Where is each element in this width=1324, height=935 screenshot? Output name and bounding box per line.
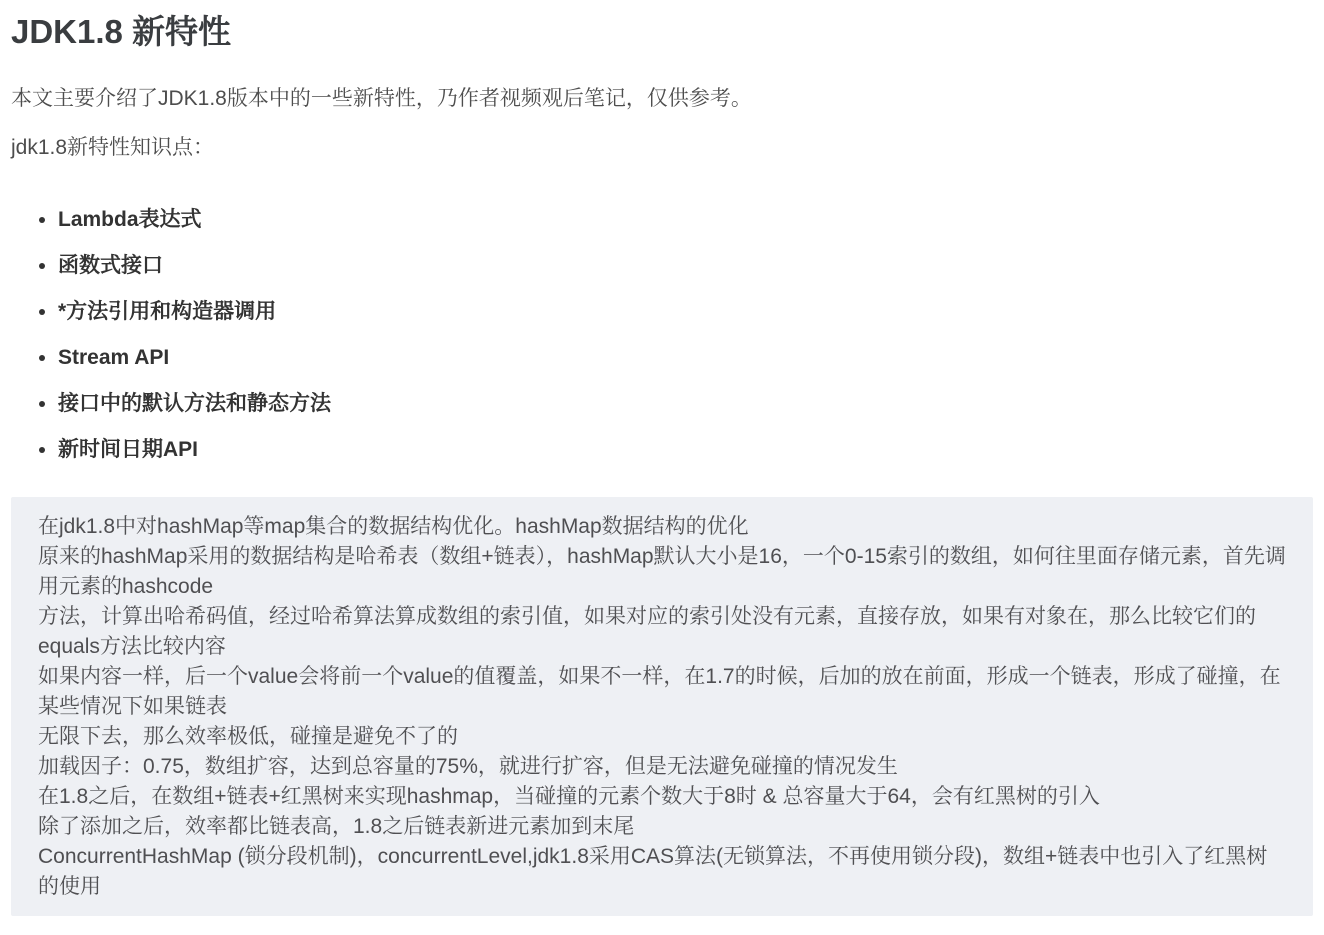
feature-item-functional-interface: 函数式接口 (58, 252, 1313, 280)
feature-item-default-static-methods: 接口中的默认方法和静态方法 (58, 390, 1313, 418)
note-line: 在1.8之后，在数组+链表+红黑树来实现hashmap，当碰撞的元素个数大于8时… (38, 782, 1286, 812)
page-bottom-gap (11, 916, 1313, 926)
article-content: JDK1.8 新特性 本文主要介绍了JDK1.8版本中的一些新特性，乃作者视频观… (0, 14, 1324, 926)
note-line: 方法，计算出哈希码值，经过哈希算法算成数组的索引值，如果对应的索引处没有元素，直… (38, 602, 1286, 662)
hashmap-note-block: 在jdk1.8中对hashMap等map集合的数据结构优化。hashMap数据结… (11, 497, 1313, 916)
page-title: JDK1.8 新特性 (11, 14, 1313, 50)
feature-item-lambda: Lambda表达式 (58, 206, 1313, 234)
note-line: 原来的hashMap采用的数据结构是哈希表（数组+链表），hashMap默认大小… (38, 542, 1286, 602)
note-line: ConcurrentHashMap (锁分段机制)，concurrentLeve… (38, 842, 1286, 902)
feature-item-date-time-api: 新时间日期API (58, 436, 1313, 464)
feature-item-stream-api: Stream API (58, 344, 1313, 372)
note-line: 除了添加之后，效率都比链表高，1.8之后链表新进元素加到末尾 (38, 812, 1286, 842)
note-line: 无限下去，那么效率极低，碰撞是避免不了的 (38, 722, 1286, 752)
feature-list-intro: jdk1.8新特性知识点： (11, 135, 1313, 160)
feature-item-method-reference: *方法引用和构造器调用 (58, 298, 1313, 326)
note-line: 在jdk1.8中对hashMap等map集合的数据结构优化。hashMap数据结… (38, 512, 1286, 542)
note-line: 加载因子：0.75，数组扩容，达到总容量的75%，就进行扩容，但是无法避免碰撞的… (38, 752, 1286, 782)
feature-list: Lambda表达式 函数式接口 *方法引用和构造器调用 Stream API 接… (11, 206, 1313, 464)
intro-paragraph: 本文主要介绍了JDK1.8版本中的一些新特性，乃作者视频观后笔记，仅供参考。 (11, 86, 1313, 111)
note-line: 如果内容一样，后一个value会将前一个value的值覆盖，如果不一样，在1.7… (38, 662, 1286, 722)
